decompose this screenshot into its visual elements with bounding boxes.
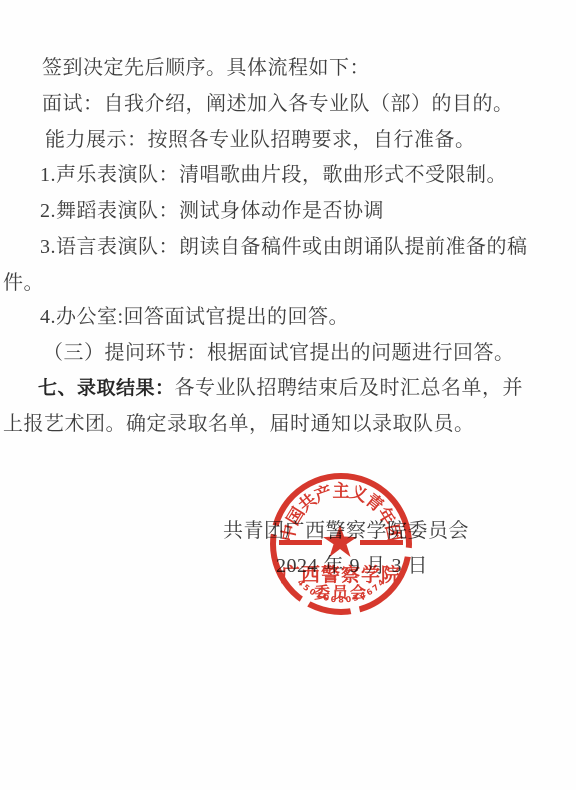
seal-ink-gap: [403, 547, 413, 557]
seal-ink-gap: [350, 605, 361, 616]
body-line: 七、录取结果：各专业队招聘结束后及时汇总名单，并: [38, 377, 523, 399]
seal-ink-gap: [269, 525, 280, 536]
seal-left-bar: [279, 540, 322, 545]
body-line: 签到决定先后顺序。具体流程如下：: [42, 57, 370, 79]
body-line: 件。: [3, 272, 44, 294]
official-seal: 中国共产主义青年团 广西警察学院 委员会 4501008034674: [270, 473, 412, 615]
body-line: 1.声乐表演队：清唱歌曲片段，歌曲形式不受限制。: [40, 164, 507, 186]
body-line: 面试：自我介绍，阐述加入各专业队（部）的目的。: [42, 93, 514, 115]
body-line: 3.语言表演队：朗读自备稿件或由朗诵队提前准备的稿: [40, 236, 528, 258]
body-line: 能力展示：按照各专业队招聘要求，自行准备。: [45, 129, 476, 151]
body-line: 4.办公室:回答面试官提出的回答。: [40, 306, 349, 328]
scanned-document-page: 签到决定先后顺序。具体流程如下： 面试：自我介绍，阐述加入各专业队（部）的目的。…: [0, 0, 576, 790]
body-line: 上报艺术团。确定录取名单，届时通知以录取队员。: [3, 413, 475, 435]
seal-right-bar: [360, 540, 403, 545]
body-line: 2.舞蹈表演队：测试身体动作是否协调: [40, 200, 384, 222]
body-line: （三）提问环节：根据面试官提出的问题进行回答。: [43, 342, 515, 364]
